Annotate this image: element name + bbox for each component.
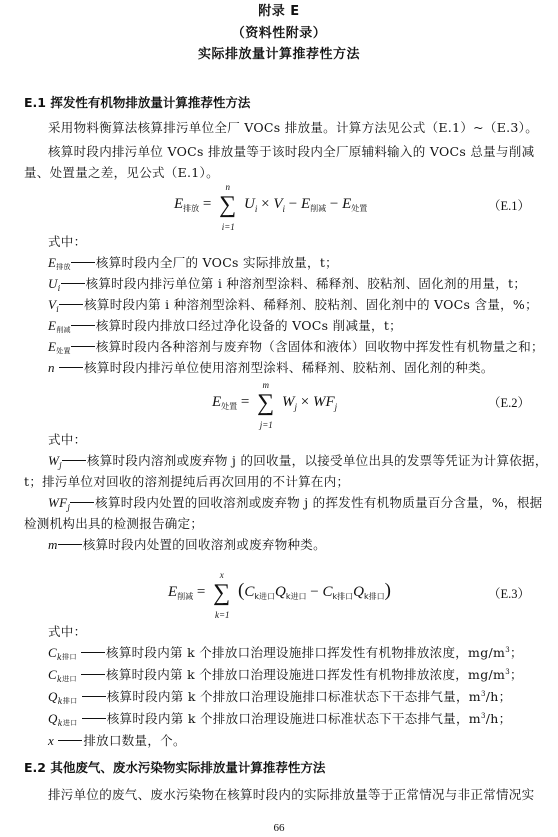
definition-m: m核算时段内处置的回收溶剂或废弃物种类。 [48,535,326,553]
definition-q-inlet: Qk进口 核算时段内第 k 个排放口治理设施进口标准状态下干态排气量，m3/h； [48,709,511,728]
summation-icon: ∑xk=1 [213,580,230,607]
paragraph-e2-1: 排污单位的废气、废水污染物在核算时段内的实际排放量等于正常情况与非正常情况实 [48,785,534,803]
where-label-3: 式中： [48,622,86,640]
definition-wj-cont: t；排污单位对回收的溶剂提纯后再次回用的不计算在内； [24,472,349,490]
where-label-2: 式中： [48,430,86,448]
definition-c-outlet: Ck排口 核算时段内第 k 个排放口治理设施排口挥发性有机物排放浓度，mg/m3… [48,643,523,662]
definition-wj: Wj核算时段内溶剂或废弃物 j 的回收量，以接受单位出具的发票等凭证为计算依据， [48,451,548,470]
where-label-1: 式中： [48,232,86,250]
appendix-label: 附录 E [0,0,558,19]
definition-u: Ui核算时段内排污单位第 i 种溶剂型涂料、稀释剂、胶粘剂、固化剂的用量，t； [48,274,526,293]
definition-e-disposal: E处置核算时段内各种溶剂与废弃物（含固体和液体）回收物中挥发性有机物量之和； [48,337,544,356]
em-dash [62,460,86,461]
formula-e1: E排放 = ∑ni=1 Ui × Vi − E削减 − E处置 [174,192,367,219]
em-dash [82,696,106,697]
close-paren: ) [385,580,391,601]
em-dash [81,674,105,675]
em-dash [81,652,105,653]
summation-icon: ∑mj=1 [257,390,274,417]
appendix-title: 实际排放量计算推荐性方法 [0,43,558,62]
definition-e-reduction: E削减核算时段内排放口经过净化设备的 VOCs 削减量，t； [48,316,402,335]
em-dash [71,346,95,347]
equation-number-e3: （E.3） [488,584,530,602]
paragraph-e1-1: 采用物料衡算法核算排污单位全厂 VOCs 排放量。计算方法见公式（E.1）~（E… [48,118,538,136]
appendix-type: （资料性附录） [0,22,558,41]
em-dash [71,325,95,326]
summation-icon: ∑ni=1 [219,192,236,219]
paragraph-e1-2-line1: 核算时段内排污单位 VOCs 排放量等于该时段内全厂原辅料输入的 VOCs 总量… [48,142,534,160]
definition-v: Vi核算时段内第 i 种溶剂型涂料、稀释剂、胶粘剂、固化剂中的 VOCs 含量，… [48,295,538,314]
page-number: 66 [0,822,558,834]
paragraph-e1-2-line2: 量、处置量之差，见公式（E.1）。 [24,163,219,181]
definition-e-emission: E排放核算时段内全厂的 VOCs 实际排放量，t； [48,253,338,272]
em-dash [82,718,106,719]
definition-wfj: WFj核算时段内处置的回收溶剂或废弃物 j 的挥发性有机物质量百分含量，%，根据 [48,493,542,512]
definition-x: x 排放口数量，个。 [48,731,186,749]
formula-e2: E处置 = ∑mj=1 Wj × WFj [212,390,337,417]
em-dash [58,544,82,545]
formula-e3: E削减 = ∑xk=1 (Ck进口Qk进口 − Ck排口Qk排口) [168,580,391,607]
em-dash [58,740,82,741]
em-dash [59,367,83,368]
equation-number-e1: （E.1） [488,196,530,214]
definition-q-outlet: Qk排口 核算时段内第 k 个排放口治理设施排口标准状态下干态排气量，m3/h； [48,687,511,706]
section-e2-heading: E.2 其他废气、废水污染物实际排放量计算推荐性方法 [24,758,325,776]
em-dash [70,502,94,503]
em-dash [71,262,95,263]
definition-n: n 核算时段内排污单位使用溶剂型涂料、稀释剂、胶粘剂、固化剂的种类。 [48,358,494,376]
em-dash [59,304,83,305]
em-dash [61,283,85,284]
section-e1-heading: E.1 挥发性有机物排放量计算推荐性方法 [24,93,250,111]
definition-c-inlet: Ck进口 核算时段内第 k 个排放口治理设施进口挥发性有机物排放浓度，mg/m3… [48,665,523,684]
equation-number-e2: （E.2） [488,393,530,411]
definition-wfj-cont: 检测机构出具的检测报告确定； [24,514,203,532]
